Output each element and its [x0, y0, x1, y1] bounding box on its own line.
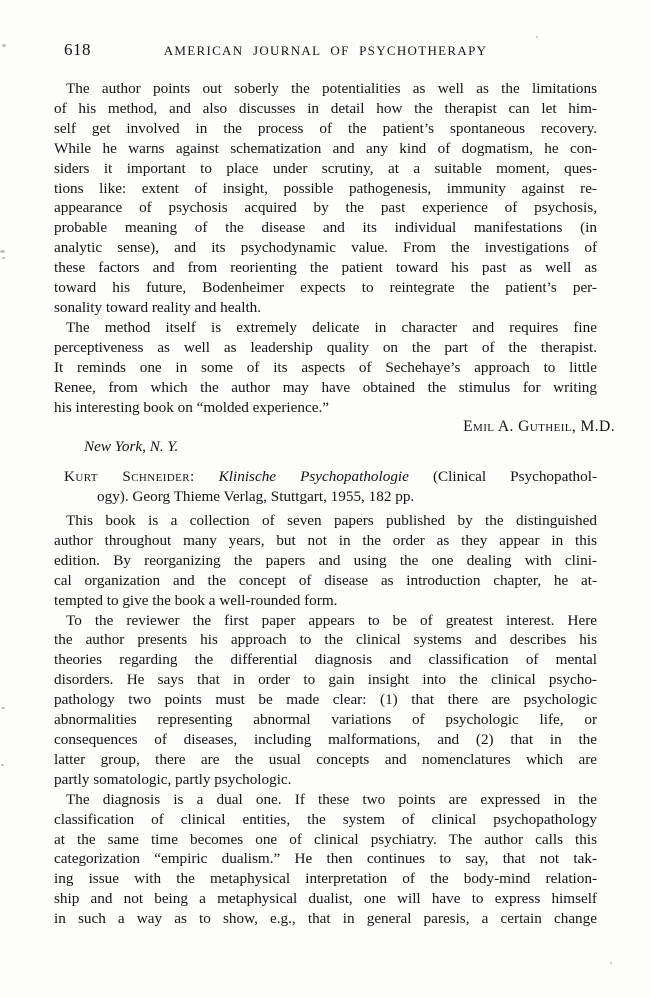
citation-translation: (Clinical Psychopathol- [433, 468, 597, 485]
text-line: author throughout many years, but not in… [54, 531, 597, 551]
text-line: tempted to give the book a well-rounded … [54, 591, 597, 611]
text-line: While he warns against schematization an… [54, 139, 597, 159]
citation-author: Kurt Schneider: [64, 468, 195, 485]
scan-speck [2, 257, 5, 259]
text-line: self get involved in the process of the … [54, 119, 597, 139]
scan-speck [0, 250, 5, 253]
text-line: in such a way as to show, e.g., that in … [54, 909, 597, 929]
text-line: consequences of diseases, including malf… [54, 730, 597, 750]
book-citation: Kurt Schneider: Klinische Psychopatholog… [54, 467, 597, 507]
text-line: theories regarding the differential diag… [54, 650, 597, 670]
text-line: disorders. He says that in order to gain… [54, 670, 597, 690]
citation-line-1: Kurt Schneider: Klinische Psychopatholog… [54, 467, 597, 487]
journal-title: AMERICAN JOURNAL OF PSYCHOTHERAPY [54, 43, 597, 59]
body-text: The author points out soberly the potent… [54, 79, 597, 929]
text-line: edition. By reorganizing the papers and … [54, 551, 597, 571]
text-line: his interesting book on “molded experien… [54, 398, 597, 418]
text-line: classification of clinical entities, the… [54, 810, 597, 830]
text-line: ship and not being a metaphysical dualis… [54, 889, 597, 909]
text-line: of his method, and also discusses in det… [54, 99, 597, 119]
text-line: ing issue with the metaphysical interpre… [54, 869, 597, 889]
citation-book-title: Klinische Psychopathologie [219, 468, 409, 485]
text-line: abnormalities representing abnormal vari… [54, 710, 597, 730]
journal-page: 618 AMERICAN JOURNAL OF PSYCHOTHERAPY Th… [0, 0, 650, 998]
text-line: The author points out soberly the potent… [54, 79, 597, 99]
reviewer-location: New York, N. Y. [54, 437, 597, 457]
citation-line-2: ogy). Georg Thieme Verlag, Stuttgart, 19… [54, 487, 597, 507]
text-line: sonality toward reality and health. [54, 298, 597, 318]
scan-speck [1, 764, 4, 766]
review2-para2: To the reviewer the first paper appears … [54, 611, 597, 790]
reviewer-signature: Emil A. Gutheil, M.D. [54, 417, 615, 437]
scan-speck [536, 36, 538, 38]
text-line: The method itself is extremely delicate … [54, 318, 597, 338]
review1-para2: The method itself is extremely delicate … [54, 318, 597, 418]
text-line: the author presents his approach to the … [54, 630, 597, 650]
text-line: appearance of psychosis acquired by the … [54, 198, 597, 218]
scan-speck [2, 44, 6, 47]
text-line: toward his future, Bodenheimer expects t… [54, 278, 597, 298]
text-line: analytic sense), and its psychodynamic v… [54, 238, 597, 258]
text-line: probable meaning of the disease and its … [54, 218, 597, 238]
scan-speck [1, 707, 5, 709]
review2-para3: The diagnosis is a dual one. If these tw… [54, 790, 597, 929]
text-line: partly somatologic, partly psychologic. [54, 770, 597, 790]
text-line: siders it important to place under scrut… [54, 159, 597, 179]
scan-speck [610, 962, 612, 964]
review1-para1: The author points out soberly the potent… [54, 79, 597, 318]
text-line: these factors and from reorienting the p… [54, 258, 597, 278]
text-line: latter group, there are the usual concep… [54, 750, 597, 770]
text-line: The diagnosis is a dual one. If these tw… [54, 790, 597, 810]
text-line: pathology two points must be made clear:… [54, 690, 597, 710]
text-line: cal organization and the concept of dise… [54, 571, 597, 591]
text-line: perceptiveness as well as leadership qua… [54, 338, 597, 358]
text-line: at the same time becomes one of clinical… [54, 830, 597, 850]
text-line: This book is a collection of seven paper… [54, 511, 597, 531]
text-line: It reminds one in some of its aspects of… [54, 358, 597, 378]
review2-para1: This book is a collection of seven paper… [54, 511, 597, 611]
text-line: Renee, from which the author may have ob… [54, 378, 597, 398]
page-header: 618 AMERICAN JOURNAL OF PSYCHOTHERAPY [54, 40, 597, 60]
text-line: To the reviewer the first paper appears … [54, 611, 597, 631]
text-line: tions like: extent of insight, possible … [54, 179, 597, 199]
text-line: categorization “empiric dualism.” He the… [54, 849, 597, 869]
